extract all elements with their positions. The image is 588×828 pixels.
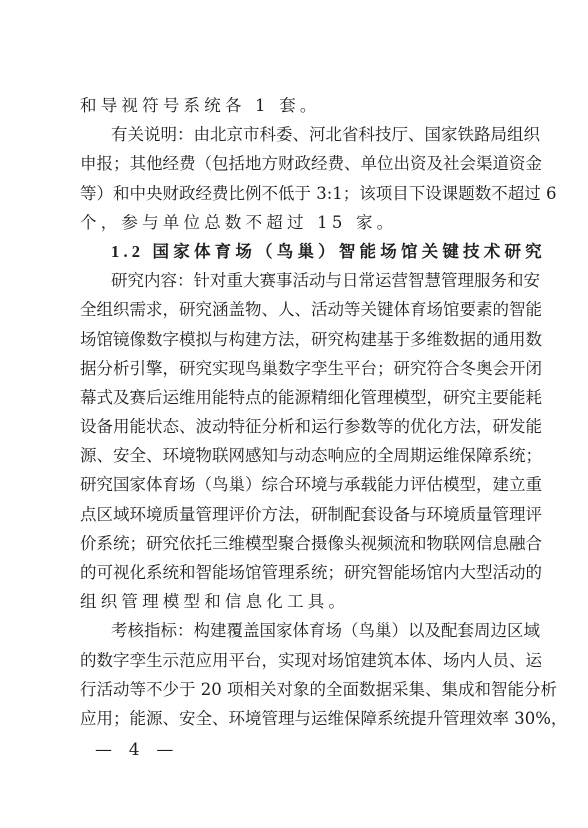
- text-line: 申报；其他经费（包括地方财政经费、单位出资及社会渠道资金: [80, 149, 518, 178]
- text-line: 和导视符号系统各 1 套。: [80, 91, 518, 120]
- text-line: 应用；能源、安全、环境管理与运维保障系统提升管理效率 30%，: [80, 704, 518, 733]
- text-line: 的可视化系统和智能场馆管理系统；研究智能场馆内大型活动的: [80, 558, 518, 587]
- section-heading: 1.2 国家体育场（鸟巢）智能场馆关键技术研究: [80, 237, 518, 266]
- text-line: 的数字孪生示范应用平台，实现对场馆建筑本体、场内人员、运: [80, 646, 518, 675]
- text-line: 有关说明：由北京市科委、河北省科技厅、国家铁路局组织: [80, 120, 518, 149]
- text-line: 据分析引擎，研究实现鸟巢数字孪生平台；研究符合冬奥会开闭: [80, 354, 518, 383]
- text-line: 全组织需求，研究涵盖物、人、活动等关键体育场馆要素的智能: [80, 295, 518, 324]
- text-line: 场馆镜像数字模拟与构建方法，研究构建基于多维数据的通用数: [80, 325, 518, 354]
- text-line: 源、安全、环境物联网感知与动态响应的全周期运维保障系统；: [80, 441, 518, 470]
- text-line: 行活动等不少于 20 项相关对象的全面数据采集、集成和智能分析: [80, 675, 518, 704]
- text-line: 价系统；研究依托三维模型聚合摄像头视频流和物联网信息融合: [80, 529, 518, 558]
- text-line: 等）和中央财政经费比例不低于 3:1；该项目下设课题数不超过 6: [80, 179, 518, 208]
- page-number: — 4 —: [95, 738, 175, 762]
- text-line: 考核指标：构建覆盖国家体育场（鸟巢）以及配套周边区域: [80, 616, 518, 645]
- text-line: 点区域环境质量管理评价方法，研制配套设备与环境质量管理评: [80, 500, 518, 529]
- text-line: 设备用能状态、波动特征分析和运行参数等的优化方法，研发能: [80, 412, 518, 441]
- text-line: 幕式及赛后运维用能特点的能源精细化管理模型，研究主要能耗: [80, 383, 518, 412]
- text-line: 个，参与单位总数不超过 15 家。: [80, 208, 518, 237]
- text-line: 研究内容：针对重大赛事活动与日常运营智慧管理服务和安: [80, 266, 518, 295]
- text-line: 组织管理模型和信息化工具。: [80, 587, 518, 616]
- text-line: 研究国家体育场（鸟巢）综合环境与承载能力评估模型，建立重: [80, 470, 518, 499]
- document-page: 和导视符号系统各 1 套。 有关说明：由北京市科委、河北省科技厅、国家铁路局组织…: [80, 91, 518, 733]
